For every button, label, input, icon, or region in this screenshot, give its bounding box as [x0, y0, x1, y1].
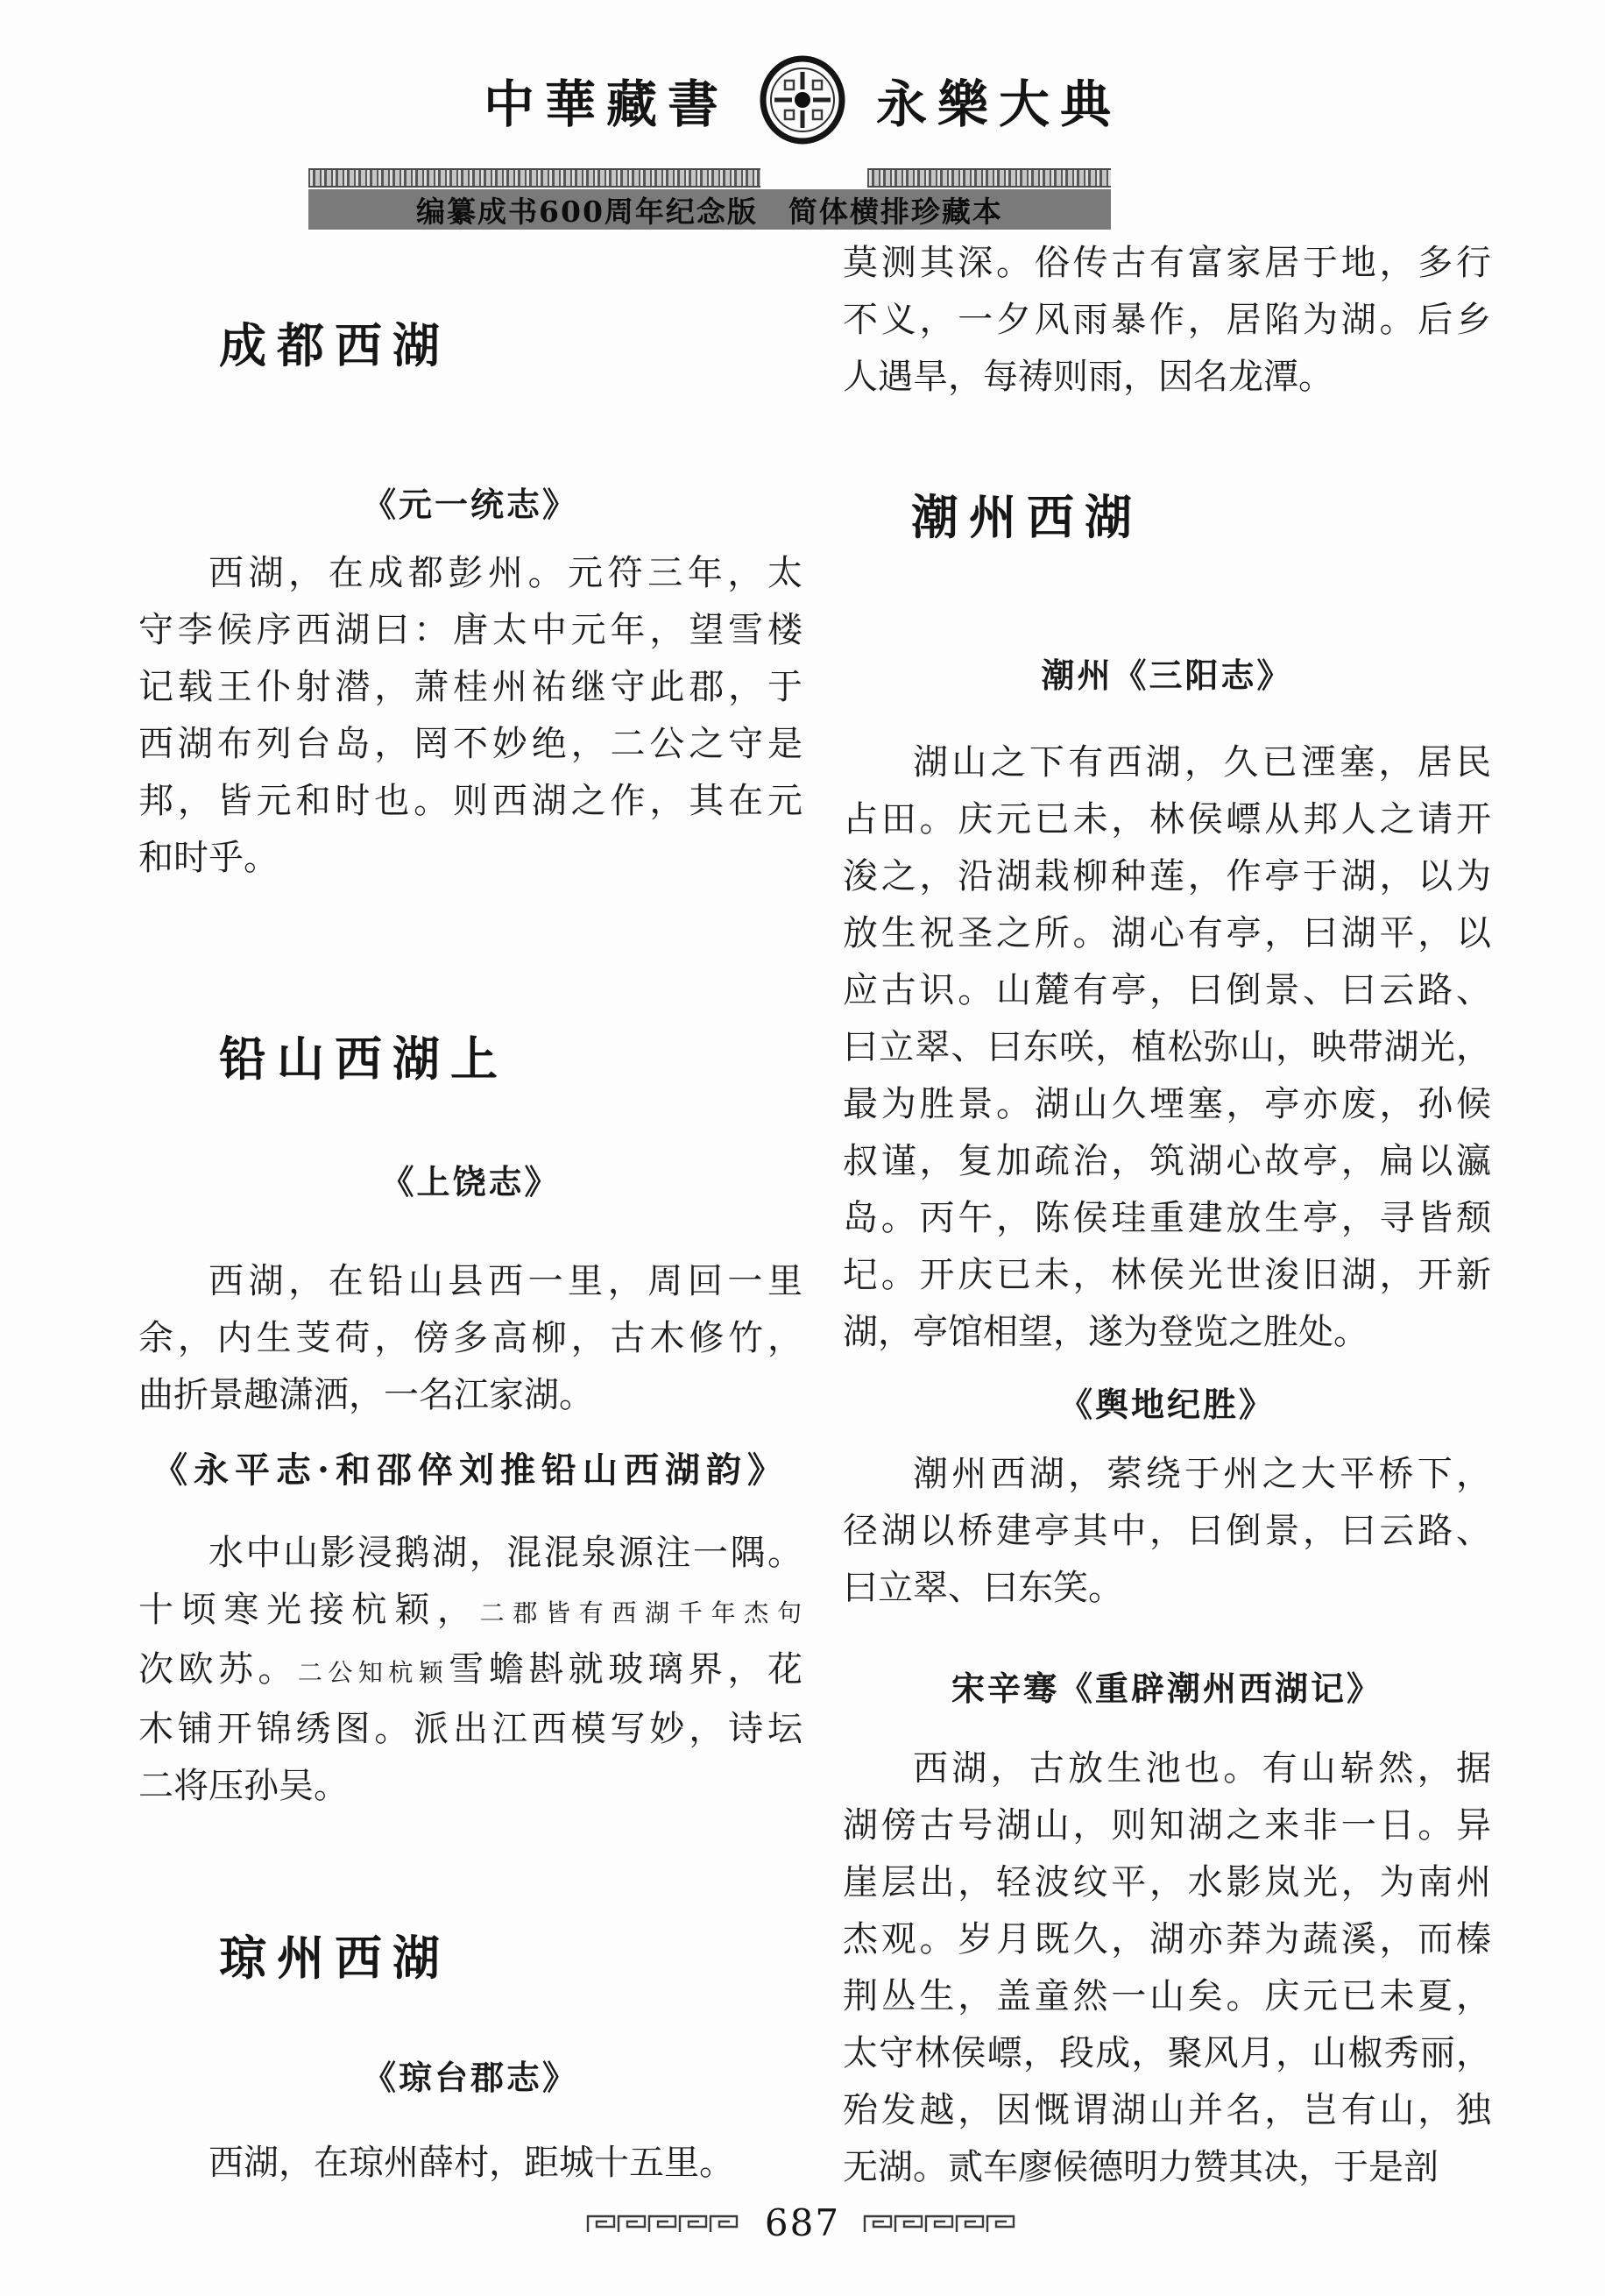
text-line: 曰立翠、曰东笑。: [843, 1560, 1491, 1617]
text-segment: 雪蟾斟就玻璃界，花: [449, 1649, 802, 1690]
meander-band-right: [867, 168, 1111, 188]
text-line: 殆发越，因慨谓湖山并名，岂有山，独: [843, 2082, 1491, 2139]
text-line: 浚之，沿湖栽柳种莲，作亭于湖，以为: [843, 848, 1491, 905]
text-line: 西湖，在铅山县西一里，周回一里: [138, 1253, 802, 1310]
section-title-chengdu-xihu: 成都西湖: [138, 308, 883, 376]
greek-key-meander-icon: [863, 2209, 1019, 2237]
inline-annotation: 二公知杭颖: [298, 1658, 449, 1687]
text-line: 湖傍古号湖山，则知湖之来非一日。异: [843, 1797, 1491, 1854]
source-title-yuanyitongzhi: 《元一统志》: [138, 478, 802, 526]
text-line: 西湖，在琼州薛村，距城十五里。: [138, 2135, 802, 2192]
section-title-chaozhou-xihu: 潮州西湖: [843, 480, 1559, 548]
text-segment: 水中山影浸鹅湖，混混泉源注一隅。: [209, 1533, 802, 1573]
section-title-qiongzhou-xihu: 琼州西湖: [138, 1921, 883, 1988]
text-line: 次欧苏。二公知杭颖雪蟾斟就玻璃界，花: [138, 1641, 802, 1701]
text-segment: 次欧苏。: [138, 1649, 298, 1690]
text-line: 西湖，在成都彭州。元符三年，太: [138, 545, 802, 602]
text-line: 荆丛生，盖童然一山矣。庆元已未夏，: [843, 1968, 1491, 2025]
text-segment: 木铺开锦绣图。派出江西模写妙，诗坛: [138, 1709, 802, 1749]
text-line: 杰观。岁月既久，湖亦莽为蔬溪，而榛: [843, 1911, 1491, 1968]
text-line: 余，内生芰荷，傍多高柳，古木修竹，: [138, 1310, 802, 1367]
meander-band-left: [308, 168, 760, 188]
text-line: 邦，皆元和时也。则西湖之作，其在元: [138, 773, 802, 830]
brand-title-left: 中華藏書: [484, 63, 729, 137]
carryover-paragraph: 莫测其深。俗传古有富家居于地，多行不义，一夕风雨暴作，居陷为湖。后乡人遇旱，每祷…: [843, 235, 1491, 406]
text-line: 和时乎。: [138, 830, 802, 887]
text-line: 潮州西湖，萦绕于州之大平桥下，: [843, 1446, 1491, 1503]
text-line: 崖层出，轻波纹平，水影岚光，为南州: [843, 1854, 1491, 1911]
text-line: 曰立翠、曰东咲，植松弥山，映带湖光，: [843, 1019, 1491, 1076]
coin-seal-icon: [759, 54, 846, 145]
text-line: 放生祝圣之所。湖心有亭，曰湖平，以: [843, 905, 1491, 962]
section-title-qianshan-xihu: 铅山西湖上: [138, 1022, 883, 1089]
source-title-chongpi-ji: 宋辛骞《重辟潮州西湖记》: [843, 1662, 1491, 1710]
text-line: 十顷寒光接杭颖，二郡皆有西湖千年杰句: [138, 1582, 802, 1641]
page-footer: 687: [0, 2201, 1605, 2244]
text-segment: 十顷寒光接杭颖，: [138, 1590, 480, 1630]
text-line: 不义，一夕风雨暴作，居陷为湖。后乡: [843, 292, 1491, 349]
text-line: 西湖，古放生池也。有山崭然，据: [843, 1740, 1491, 1797]
text-line: 湖，亭馆相望，遂为登览之胜处。: [843, 1304, 1491, 1361]
text-line: 最为胜景。湖山久堙塞，亭亦废，孙候: [843, 1076, 1491, 1133]
masthead: 中華藏書 永樂大典: [0, 54, 1605, 145]
source-title-qiongtaijunzhi: 《琼台郡志》: [138, 2051, 802, 2099]
scanned-book-page: { "masthead": { "brand_left": "中華藏書", "b…: [0, 0, 1605, 2296]
text-line: 湖山之下有西湖，久已湮塞，居民: [843, 734, 1491, 791]
text-line: 应古识。山麓有亭，曰倒景、曰云路、: [843, 962, 1491, 1019]
text-line: 记载王仆射潜，萧桂州祐继守此郡，于: [138, 659, 802, 716]
text-line: 人遇旱，每祷则雨，因名龙潭。: [843, 349, 1491, 406]
text-line: 圮。开庆已未，林侯光世浚旧湖，开新: [843, 1247, 1491, 1304]
source-title-sanyangzhi: 潮州《三阳志》: [843, 648, 1491, 697]
text-line: 二将压孙吴。: [138, 1758, 802, 1815]
source-title-shangraozhi: 《上饶志》: [138, 1155, 802, 1203]
paragraph-sanyangzhi: 湖山之下有西湖，久已湮塞，居民占田。庆元已未，林侯㟽从邦人之请开浚之，沿湖栽柳种…: [843, 734, 1491, 1361]
paragraph-qiongzhou: 西湖，在琼州薛村，距城十五里。: [138, 2135, 802, 2192]
text-line: 叔谨，复加疏治，筑湖心故亭，扁以瀛: [843, 1133, 1491, 1190]
poem-paragraph: 水中山影浸鹅湖，混混泉源注一隅。十顷寒光接杭颖，二郡皆有西湖千年杰句次欧苏。二公…: [138, 1525, 802, 1815]
text-line: 水中山影浸鹅湖，混混泉源注一隅。: [138, 1525, 802, 1582]
greek-key-meander-icon: [586, 2209, 742, 2237]
source-title-yudijisheng: 《舆地纪胜》: [843, 1378, 1491, 1426]
paragraph-chongpi-ji: 西湖，古放生池也。有山崭然，据湖傍古号湖山，则知湖之来非一日。异崖层出，轻波纹平…: [843, 1740, 1491, 2196]
text-line: 莫测其深。俗传古有富家居于地，多行: [843, 235, 1491, 292]
text-line: 径湖以桥建亭其中，曰倒景，曰云路、: [843, 1503, 1491, 1560]
brand-title-right: 永樂大典: [876, 63, 1121, 137]
text-line: 无湖。贰车廖候德明力赞其决，于是剖: [843, 2139, 1491, 2196]
text-line: 太守林侯㟽，段成，聚风月，山椒秀丽，: [843, 2025, 1491, 2082]
text-line: 守李候序西湖曰：唐太中元年，望雪楼: [138, 602, 802, 659]
page-number: 687: [765, 2201, 840, 2244]
paragraph-yudijisheng: 潮州西湖，萦绕于州之大平桥下，径湖以桥建亭其中，曰倒景，曰云路、曰立翠、曰东笑。: [843, 1446, 1491, 1617]
text-line: 曲折景趣潇洒，一名江家湖。: [138, 1367, 802, 1424]
text-line: 占田。庆元已未，林侯㟽从邦人之请开: [843, 791, 1491, 848]
text-segment: 二将压孙吴。: [138, 1766, 349, 1806]
edition-banner: 编纂成书600周年纪念版 简体横排珍藏本: [308, 189, 1111, 230]
text-line: 西湖布列台岛，罔不妙绝，二公之守是: [138, 716, 802, 773]
paragraph-qianshan: 西湖，在铅山县西一里，周回一里余，内生芰荷，傍多高柳，古木修竹，曲折景趣潇洒，一…: [138, 1253, 802, 1424]
text-line: 岛。丙午，陈侯珪重建放生亭，寻皆颓: [843, 1190, 1491, 1247]
inline-annotation: 二郡皆有西湖千年杰句: [480, 1598, 802, 1627]
paragraph-chengdu: 西湖，在成都彭州。元符三年，太守李候序西湖曰：唐太中元年，望雪楼记载王仆射潜，萧…: [138, 545, 802, 887]
text-line: 木铺开锦绣图。派出江西模写妙，诗坛: [138, 1701, 802, 1758]
source-title-yongpingzhi: 《永平志·和邵倅刘推铅山西湖韵》: [138, 1442, 802, 1492]
